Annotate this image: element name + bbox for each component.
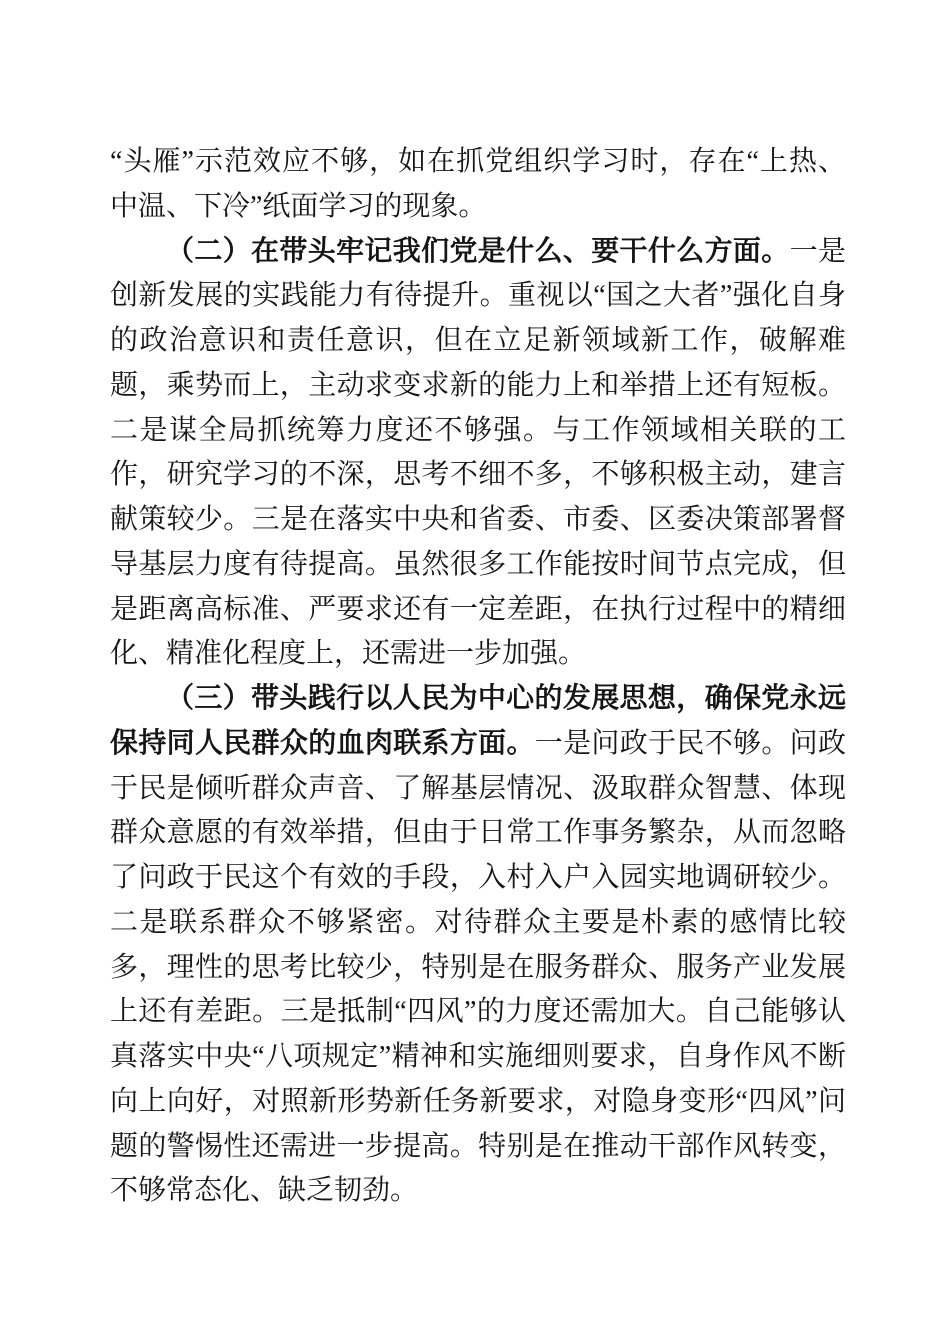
section-heading-run: （二）在带头牢记我们党是什么、要干什么方面。 bbox=[166, 236, 790, 267]
paragraph: （三）带头践行以人民为中心的发展思想，确保党永远保持同人民群众的血肉联系方面。一… bbox=[110, 677, 846, 1214]
document-page: “头雁”示范效应不够，如在抓党组织学习时，存在“上热、中温、下冷”纸面学习的现象… bbox=[0, 0, 950, 1344]
body-text-run: 一是问政于民不够。问政于民是倾听群众声音、了解基层情况、汲取群众智慧、体现群众意… bbox=[110, 728, 846, 1207]
paragraph: “头雁”示范效应不够，如在抓党组织学习时，存在“上热、中温、下冷”纸面学习的现象… bbox=[110, 140, 846, 230]
body-text-run: 一是创新发展的实践能力有待提升。重视以“国之大者”强化自身的政治意识和责任意识，… bbox=[110, 236, 846, 670]
paragraph: （二）在带头牢记我们党是什么、要干什么方面。一是创新发展的实践能力有待提升。重视… bbox=[110, 230, 846, 678]
body-text-run: “头雁”示范效应不够，如在抓党组织学习时，存在“上热、中温、下冷”纸面学习的现象… bbox=[110, 146, 846, 222]
document-body: “头雁”示范效应不够，如在抓党组织学习时，存在“上热、中温、下冷”纸面学习的现象… bbox=[110, 140, 846, 1214]
